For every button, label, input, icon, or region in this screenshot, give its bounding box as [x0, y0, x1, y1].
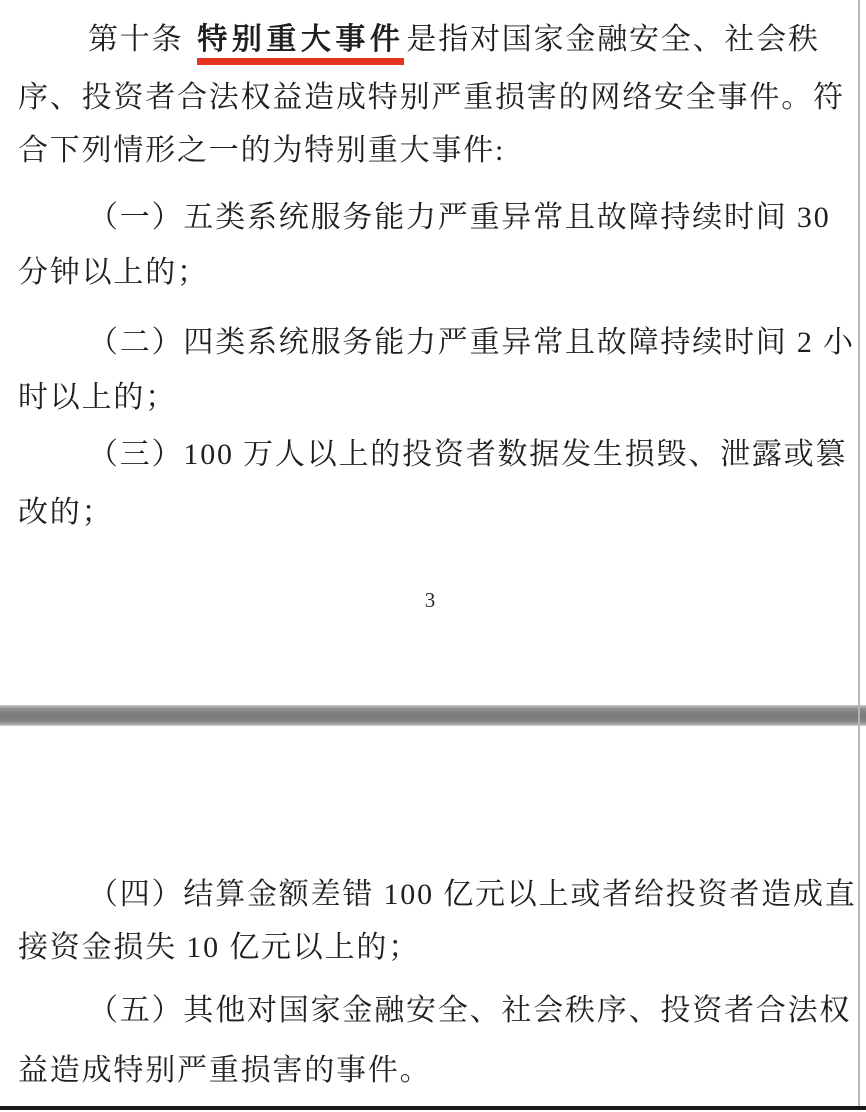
item-3-line-1: （三）100 万人以上的投资者数据发生损毁、泄露或篡 — [88, 440, 847, 470]
page-number: 3 — [0, 588, 860, 613]
item-4-line-1: （四）结算金额差错 100 亿元以上或者给投资者造成直 — [88, 880, 857, 910]
article-10-line-2: 序、投资者合法权益造成特别严重损害的网络安全事件。符 — [18, 83, 845, 113]
item-1-line-1: （一）五类系统服务能力严重异常且故障持续时间 30 — [88, 203, 831, 233]
item-3-line-2: 改的； — [18, 498, 113, 528]
item-2-line-2: 时以上的； — [18, 383, 177, 413]
bottom-page-edge-line — [0, 1106, 866, 1110]
article-10-label: 第十条 — [88, 23, 183, 56]
highlighted-term-red-underline: 特别重大事件 — [197, 25, 404, 65]
page-separator-bar — [0, 705, 866, 726]
item-4-line-2: 接资金损失 10 亿元以上的； — [18, 933, 420, 963]
item-2-line-1: （二）四类系统服务能力严重异常且故障持续时间 2 小 — [88, 328, 855, 358]
page-right-border-line — [858, 0, 860, 1106]
article-10-line-1: 第十条特别重大事件是指对国家金融安全、社会秩 — [88, 25, 820, 65]
item-5-line-1: （五）其他对国家金融安全、社会秩序、投资者合法权 — [88, 996, 851, 1026]
article-10-line-3: 合下列情形之一的为特别重大事件: — [18, 136, 505, 166]
item-1-line-2: 分钟以上的； — [18, 258, 209, 288]
pdf-document-viewport: 第十条特别重大事件是指对国家金融安全、社会秩 序、投资者合法权益造成特别严重损害… — [0, 0, 866, 1112]
article-10-line-1-rest: 是指对国家金融安全、社会秩 — [406, 23, 819, 56]
document-pages: 第十条特别重大事件是指对国家金融安全、社会秩 序、投资者合法权益造成特别严重损害… — [0, 0, 866, 1112]
item-5-line-2: 益造成特别严重损害的事件。 — [18, 1056, 431, 1086]
